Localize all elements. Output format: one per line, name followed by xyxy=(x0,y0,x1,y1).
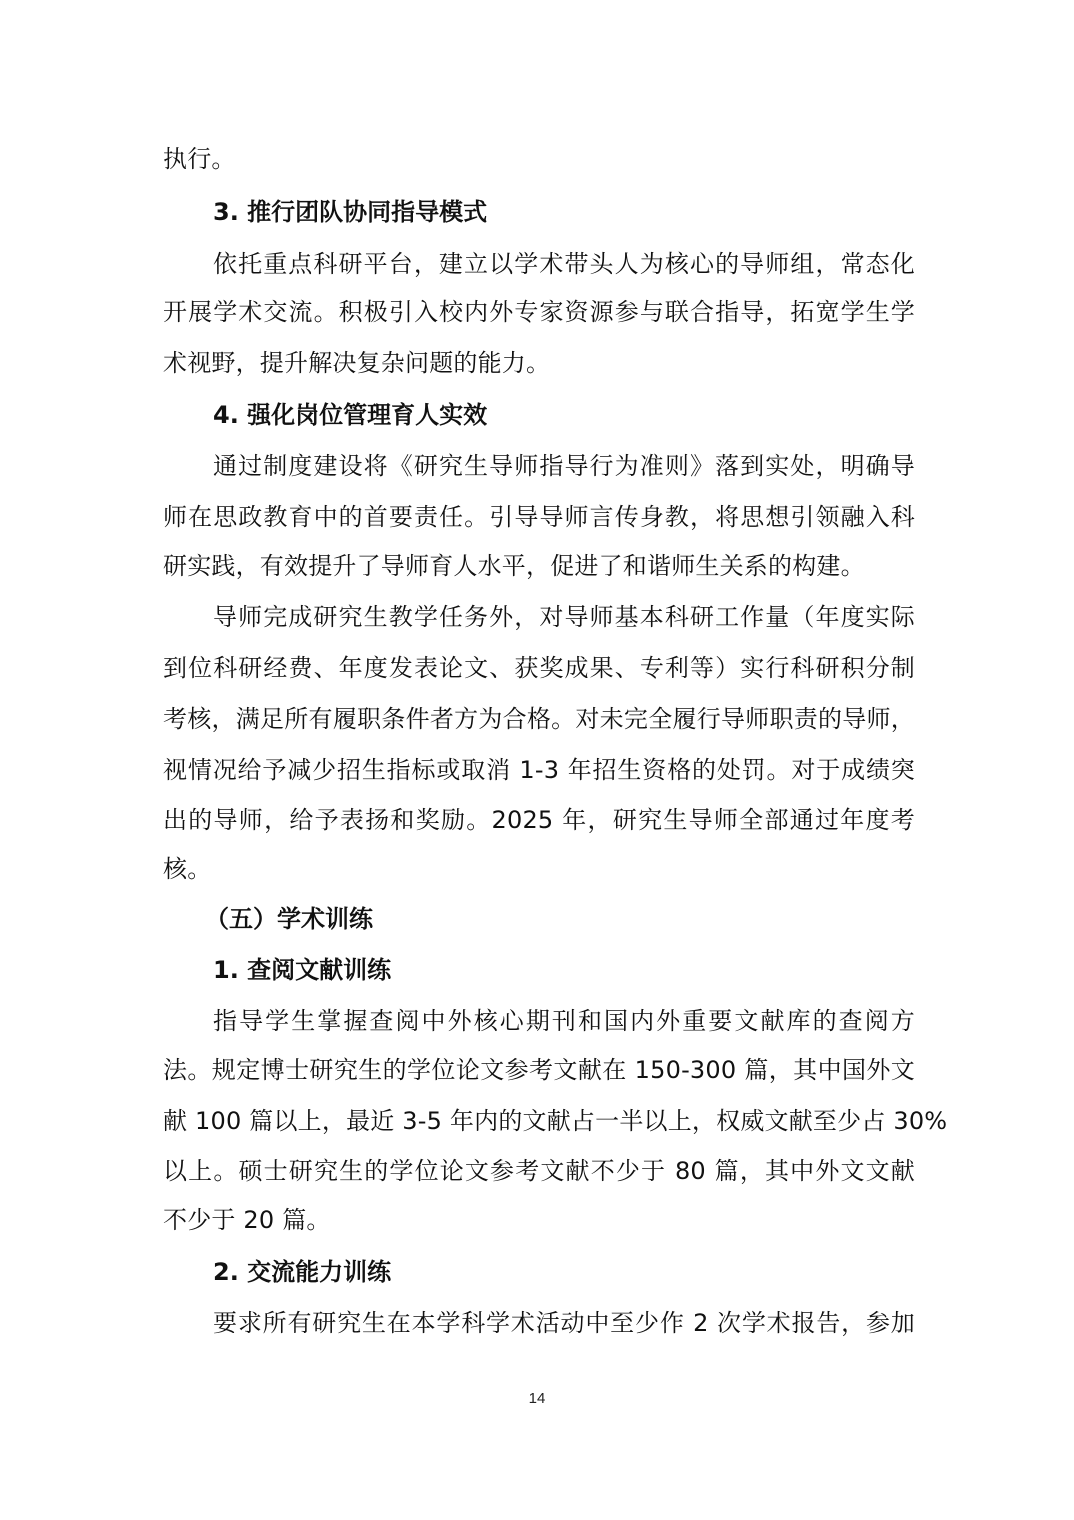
paragraph-line: 执行。 xyxy=(163,144,915,174)
page-number: 14 xyxy=(0,1390,1074,1407)
paragraph-line: 视情况给予减少招生指标或取消 1-3 年招生资格的处罚。对于成绩突 xyxy=(163,755,915,785)
paragraph-line: 指导学生掌握查阅中外核心期刊和国内外重要文献库的查阅方 xyxy=(213,1006,915,1036)
paragraph-line: 开展学术交流。积极引入校内外专家资源参与联合指导，拓宽学生学 xyxy=(163,297,915,327)
paragraph-line: 导师完成研究生教学任务外，对导师基本科研工作量（年度实际 xyxy=(213,602,915,632)
paragraph-line: 献 100 篇以上，最近 3-5 年内的文献占一半以上，权威文献至少占 30% xyxy=(163,1106,915,1136)
paragraph-line: 到位科研经费、年度发表论文、获奖成果、专利等）实行科研积分制 xyxy=(163,653,915,683)
paragraph-line: 师在思政教育中的首要责任。引导导师言传身教，将思想引领融入科 xyxy=(163,502,915,532)
paragraph-line: 依托重点科研平台，建立以学术带头人为核心的导师组，常态化 xyxy=(213,249,915,279)
subsection-heading: 1. 查阅文献训练 xyxy=(213,955,915,985)
document-page: 执行。 3. 推行团队协同指导模式 依托重点科研平台，建立以学术带头人为核心的导… xyxy=(0,0,1074,1520)
paragraph-line: 考核，满足所有履职条件者方为合格。对未完全履行导师职责的导师， xyxy=(163,704,915,734)
paragraph-line: 不少于 20 篇。 xyxy=(163,1205,915,1235)
paragraph-line: 核。 xyxy=(163,854,915,884)
subsection-heading: 3. 推行团队协同指导模式 xyxy=(213,197,915,227)
paragraph-line: 以上。硕士研究生的学位论文参考文献不少于 80 篇，其中外文文献 xyxy=(163,1156,915,1186)
paragraph-line: 要求所有研究生在本学科学术活动中至少作 2 次学术报告，参加 xyxy=(213,1308,915,1338)
paragraph-line: 通过制度建设将《研究生导师指导行为准则》落到实处，明确导 xyxy=(213,451,915,481)
paragraph-line: 术视野，提升解决复杂问题的能力。 xyxy=(163,348,915,378)
section-heading: （五）学术训练 xyxy=(205,904,907,934)
subsection-heading: 4. 强化岗位管理育人实效 xyxy=(213,400,915,430)
paragraph-line: 研实践，有效提升了导师育人水平，促进了和谐师生关系的构建。 xyxy=(163,551,915,581)
paragraph-line: 出的导师，给予表扬和奖励。2025 年，研究生导师全部通过年度考 xyxy=(163,805,915,835)
paragraph-line: 法。规定博士研究生的学位论文参考文献在 150-300 篇，其中国外文 xyxy=(163,1055,915,1085)
subsection-heading: 2. 交流能力训练 xyxy=(213,1257,915,1287)
